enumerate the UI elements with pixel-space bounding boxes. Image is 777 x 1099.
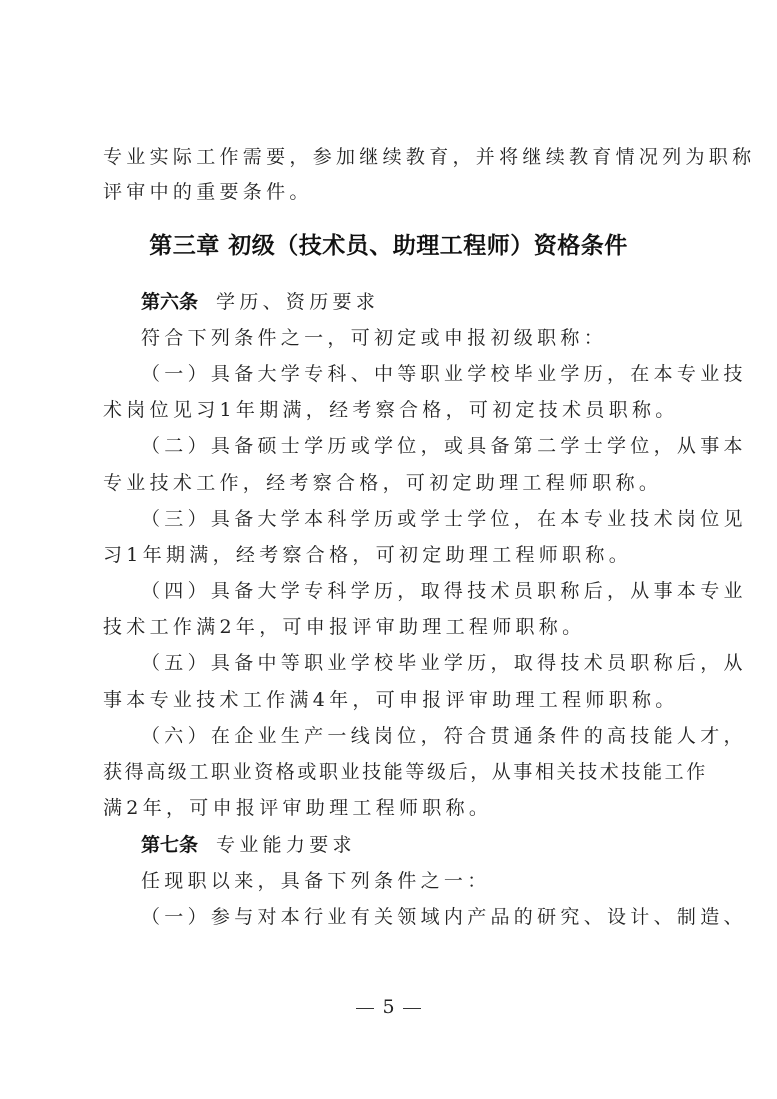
list-item-line: 习1年期满，经考察合格，可初定助理工程师职称。 <box>103 543 673 567</box>
list-item-line: （一）具备大学专科、中等职业学校毕业学历，在本专业技 <box>141 362 673 386</box>
article-number: 第六条 <box>141 291 198 313</box>
article-intro: 符合下列条件之一，可初定或申报初级职称： <box>141 326 673 350</box>
chapter-heading: 第三章 初级（技术员、助理工程师）资格条件 <box>0 231 777 261</box>
list-item-line: 获得高级工职业资格或职业技能等级后，从事相关技术技能工作 <box>103 760 673 784</box>
article-heading: 第七条专业能力要求 <box>141 833 673 857</box>
list-item-line: （一）参与对本行业有关领域内产品的研究、设计、制造、 <box>141 905 673 929</box>
article-intro: 任现职以来，具备下列条件之一： <box>141 869 673 893</box>
page-footer: 5 <box>0 995 777 1019</box>
article-number: 第七条 <box>141 834 198 856</box>
list-item-line: 专业技术工作，经考察合格，可初定助理工程师职称。 <box>103 471 673 495</box>
list-item-line: 术岗位见习1年期满，经考察合格，可初定技术员职称。 <box>103 398 673 422</box>
list-item-line: 满2年，可申报评审助理工程师职称。 <box>103 796 673 820</box>
list-item-line: （六）在企业生产一线岗位，符合贯通条件的高技能人才， <box>141 724 673 748</box>
dash-decoration <box>403 1008 421 1009</box>
article-subject: 学历、资历要求 <box>216 291 379 313</box>
dash-decoration <box>356 1008 374 1009</box>
list-item-line: （五）具备中等职业学校毕业学历，取得技术员职称后，从 <box>141 651 673 675</box>
article-heading: 第六条学历、资历要求 <box>141 290 673 314</box>
page-number: 5 <box>382 996 394 1018</box>
list-item-line: 技术工作满2年，可申报评审助理工程师职称。 <box>103 615 673 639</box>
article-subject: 专业能力要求 <box>216 834 356 856</box>
list-item-line: （二）具备硕士学历或学位，或具备第二学士学位，从事本 <box>141 434 673 458</box>
document-page: 专业实际工作需要，参加继续教育，并将继续教育情况列为职称 评审中的重要条件。 第… <box>0 0 777 1099</box>
body-text-line: 专业实际工作需要，参加继续教育，并将继续教育情况列为职称 <box>103 145 673 169</box>
body-text-line: 评审中的重要条件。 <box>103 180 673 204</box>
list-item-line: （四）具备大学专科学历，取得技术员职称后，从事本专业 <box>141 579 673 603</box>
list-item-line: 事本专业技术工作满4年，可申报评审助理工程师职称。 <box>103 688 673 712</box>
list-item-line: （三）具备大学本科学历或学士学位，在本专业技术岗位见 <box>141 507 673 531</box>
